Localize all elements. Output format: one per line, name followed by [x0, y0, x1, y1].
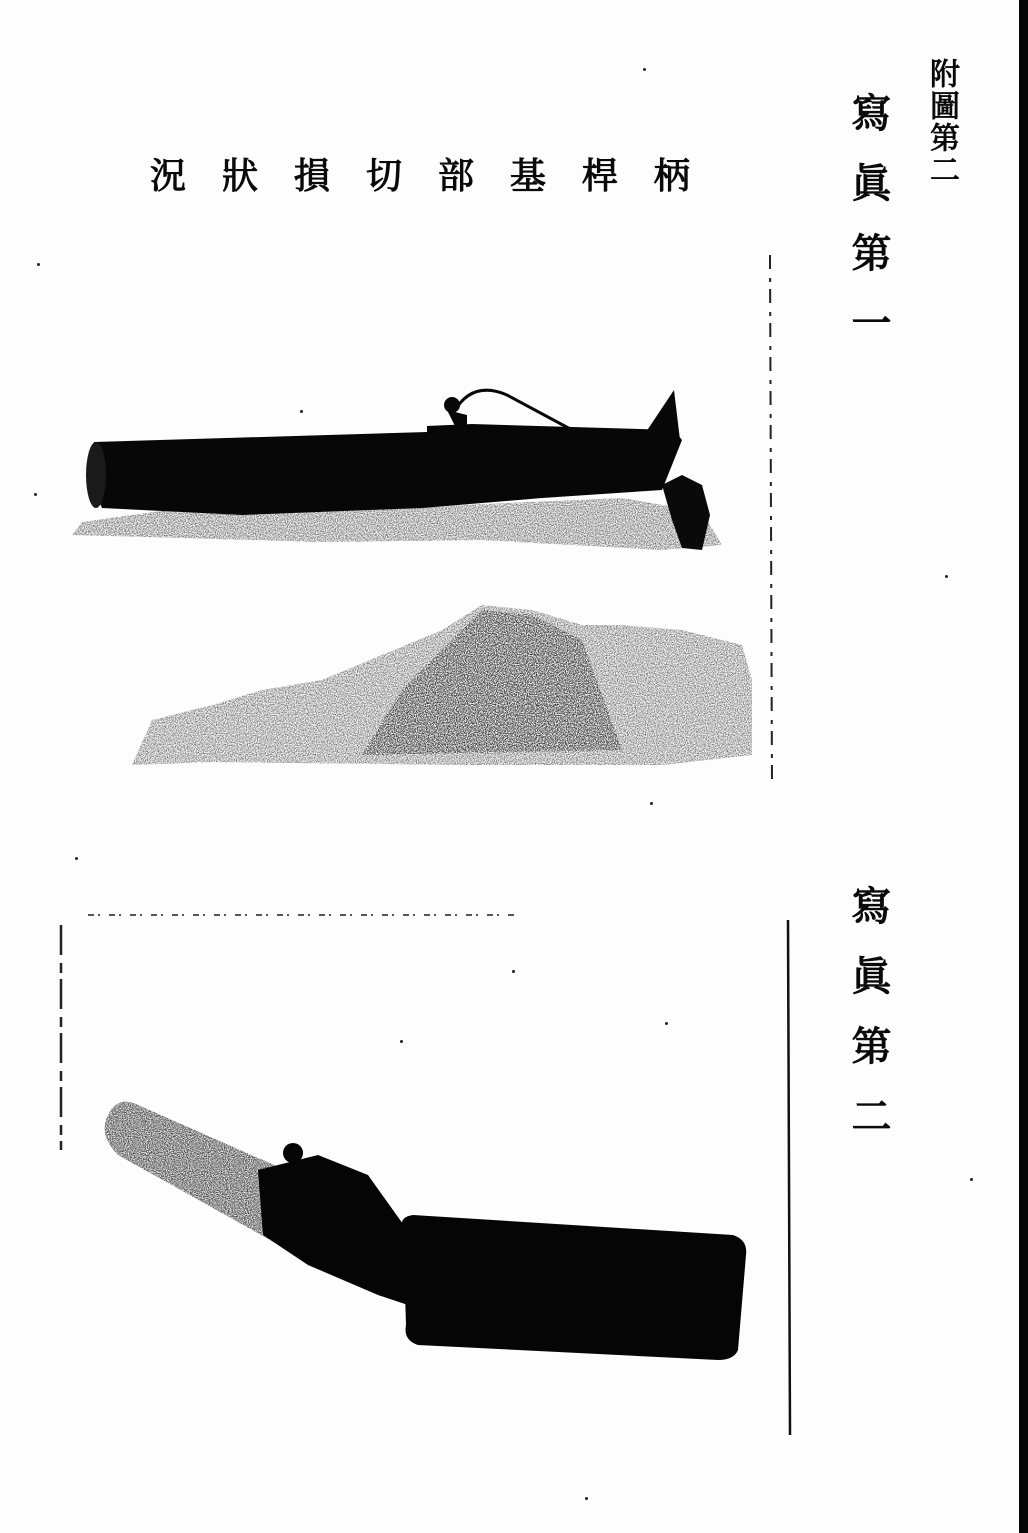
scan-speck: [665, 1022, 668, 1025]
scan-speck: [643, 68, 646, 71]
scan-speck: [970, 1178, 973, 1181]
title-char: 狀: [222, 148, 258, 199]
title-char: 柄: [654, 148, 690, 199]
scan-speck: [512, 970, 515, 973]
photo-caption-2: 寫眞第二: [848, 885, 888, 1165]
title-char: 況: [150, 148, 186, 199]
title-char: 部: [438, 148, 474, 199]
scan-speck: [300, 410, 303, 413]
scanned-page: 附圖第二 寫眞第一 寫眞第二 柄 桿 基 部 切 損 狀 況: [0, 0, 1028, 1533]
scan-speck: [75, 857, 78, 860]
title-char: 基: [510, 148, 546, 199]
scan-speck: [650, 802, 653, 805]
title-char: 損: [294, 148, 330, 199]
page-edge-border: [1019, 0, 1028, 1533]
scan-speck: [34, 493, 37, 496]
photo-2: [58, 905, 793, 1440]
title-char: 切: [366, 148, 402, 199]
photo-1: [62, 250, 774, 790]
appendix-label: 附圖第二: [926, 58, 956, 186]
scan-speck: [400, 1040, 403, 1043]
scan-speck: [945, 575, 948, 578]
grenade-angled-view-image: [58, 905, 793, 1440]
scan-speck: [37, 263, 40, 266]
title-char: 桿: [582, 148, 618, 199]
page-title: 柄 桿 基 部 切 損 狀 況: [150, 148, 690, 199]
grenade-side-view-image: [62, 250, 774, 790]
photo-caption-1: 寫眞第一: [848, 92, 888, 372]
scan-speck: [585, 1497, 588, 1500]
